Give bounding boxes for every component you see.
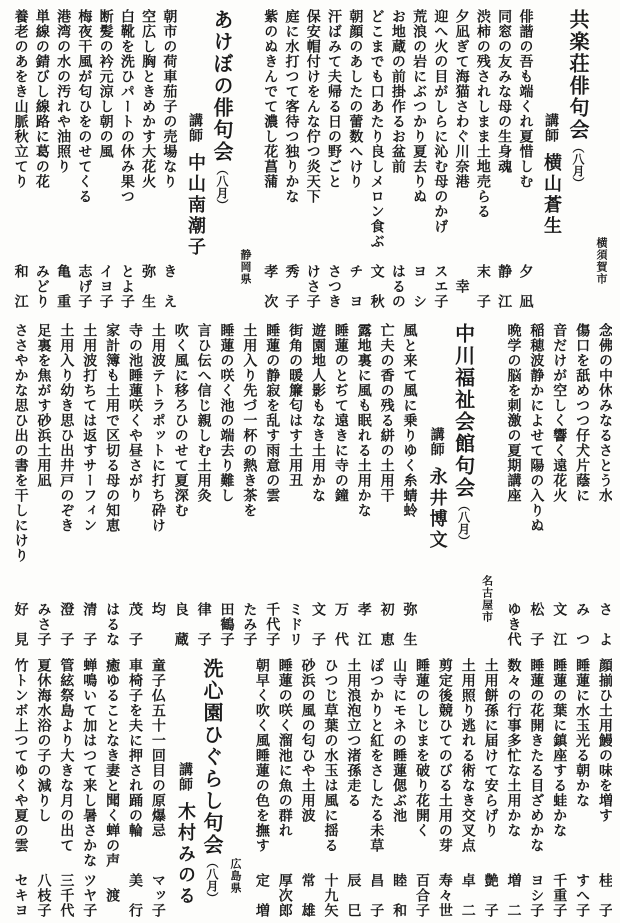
haiku-text: 朝早く吹く風睡蓮の色を撫す (253, 658, 268, 853)
haiku-author: 寿々世 (436, 873, 451, 918)
section-city: 横須賀市 (593, 9, 609, 309)
haiku-column: 吹く風に移ろひのせて夏深む良 蔵 (172, 323, 187, 647)
teacher-name: 横山蒼生 (541, 153, 562, 237)
haiku-column: 迎へ火の目がしらに沁む母のかげスエ子 (432, 9, 447, 309)
teacher-name: 中山南潮子 (185, 153, 206, 258)
haiku-author: き え (161, 264, 176, 309)
haiku-text: 癒ゆることなき妻と聞く蝉の声 (104, 658, 119, 868)
haiku-column: 保安帽付けをんな佇つ炎天下けさ子 (304, 9, 319, 309)
teacher-label: 講師 (543, 113, 559, 143)
city-label: 横須賀市 (593, 237, 609, 285)
section-header: 名古屋市中川福祉会館句会（八月）講師永井博文 (423, 323, 495, 647)
haiku-text: 夏休海水浴の子の減りし (35, 658, 50, 823)
haiku-column: 朝早く吹く風睡蓮の色を撫す定 増 (253, 658, 268, 918)
haiku-author: 睦 和 (391, 873, 406, 918)
haiku-author: 孝 次 (262, 264, 277, 309)
haiku-author: ツヤ子 (81, 873, 96, 918)
haiku-column: ささやかな思ひ出の書を干しにけり好 見 (12, 323, 27, 647)
haiku-column: 養老のあをき山脈秋立てり和 江 (12, 9, 27, 309)
haiku-column: お地蔵の前掛作るお盆前はるの (389, 9, 404, 309)
haiku-column: 念佛の中休みなるさとう水さ よ (597, 323, 612, 647)
haiku-author: 卓 二 (459, 873, 474, 918)
haiku-column: 砂浜の風の匂ひや土用波常 雄 (299, 658, 314, 918)
teacher-label: 講師 (187, 113, 203, 143)
haiku-text: 港湾の水の汚れや油照り (55, 9, 70, 174)
haiku-author: 孝 江 (355, 602, 370, 647)
haiku-text: 音だけが空しく響く遠花火 (551, 323, 566, 503)
haiku-column: 足裏を焦がす砂浜土用凪みさ子 (35, 323, 50, 647)
haiku-text: 睡蓮の咲く溜池に魚の群れ (276, 658, 291, 838)
haiku-author: 初 恵 (378, 602, 393, 647)
haiku-column: 俳諧の吾も端くれ夏惜しむ夕 凪 (517, 9, 532, 309)
haiku-column: 睡蓮の静寂を乱す雨意の雲千代子 (264, 323, 279, 647)
haiku-band-top: 横須賀市共楽荘俳句会（八月）講師横山蒼生俳諧の吾も端くれ夏惜しむ夕 凪同窓の友み… (8, 9, 612, 309)
haiku-column: 剪定後競ひてのびる土用の芽寿々世 (436, 658, 451, 918)
haiku-text: 風と来て風に乗りゆく糸蜻蛉 (401, 323, 416, 518)
haiku-text: どこまでも口あたり良しメロン食ぶ (368, 9, 383, 249)
haiku-column: 稲穂波静かによせて陽の入りぬ松 子 (528, 323, 543, 647)
haiku-author: 田鶴子 (218, 602, 233, 647)
haiku-author: 艶 子 (482, 873, 497, 918)
teacher-label: 講師 (177, 762, 193, 792)
haiku-column: 亡夫の香の残る絣の土用干初 恵 (378, 323, 393, 647)
section-month: （八月） (457, 499, 471, 547)
haiku-author: 文 子 (310, 602, 325, 647)
haiku-column: 街角の暖簾匂はす土用丑ミドリ (287, 323, 302, 647)
haiku-author: 松 子 (528, 602, 543, 647)
haiku-column: 睡蓮の咲く溜池に魚の群れ厚次郎 (276, 658, 291, 918)
haiku-column: 晩学の脳を刺激の夏期講座ゆき代 (505, 323, 520, 647)
haiku-author: すへ子 (574, 873, 589, 918)
haiku-text: 晩学の脳を刺激の夏期講座 (505, 323, 520, 503)
haiku-column: 睡蓮のとぢて遠きに寺の鐘万 代 (332, 323, 347, 647)
haiku-text: 梅夜干風が匂ひをのせてくる (76, 9, 91, 204)
haiku-text: 睡蓮に水玉光る朝かな (574, 658, 589, 808)
haiku-author: 百合子 (414, 873, 429, 918)
haiku-text: 保安帽付けをんな佇つ炎天下 (304, 9, 319, 204)
haiku-text: 足裏を焦がす砂浜土用凪 (35, 323, 50, 488)
haiku-text: 睡蓮の花開きたる目ざめかな (528, 658, 543, 853)
city-label: 名古屋市 (479, 575, 495, 623)
section-header: 静岡県あけぼの俳句会（八月）講師中山南潮子 (181, 9, 253, 309)
haiku-author: みさ子 (35, 602, 50, 647)
section-title: あけぼの俳句会 (210, 9, 234, 163)
haiku-author: 万 代 (332, 602, 347, 647)
haiku-column: 寺の池睡蓮咲くや昼さがり茂 子 (127, 323, 142, 647)
haiku-author: 常 雄 (299, 873, 314, 918)
haiku-text: 剪定後競ひてのびる土用の芽 (436, 658, 451, 853)
haiku-column: 土用入り幼き思ひ出井戸のぞき澄 子 (58, 323, 73, 647)
haiku-column: 車椅子を夫に押され踊の輪美 行 (127, 658, 142, 918)
section-title: 洗心園ひぐらし句会 (200, 658, 224, 856)
haiku-author: 昌 子 (368, 873, 383, 918)
section-title: 共楽荘俳句会 (566, 9, 590, 141)
section-title-column: 中川福祉会館句会（八月） (452, 323, 475, 647)
haiku-column: 蝉鳴いて加はつて来し暑さかなツヤ子 (81, 658, 96, 918)
haiku-column: 睡蓮に水玉光る朝かなすへ子 (574, 658, 589, 918)
haiku-text: 砂浜の風の匂ひや土用波 (299, 658, 314, 823)
haiku-author: 秀 子 (283, 264, 298, 309)
haiku-text: 汗ばみて夫帰る日の野ごと (326, 9, 341, 189)
haiku-author: ミドリ (287, 602, 302, 647)
haiku-author: 好 見 (12, 602, 27, 647)
haiku-author: スエ子 (432, 264, 447, 309)
haiku-column: 空広し胸ときめかす大花火弥 生 (140, 9, 155, 309)
haiku-author: 弥 生 (140, 264, 155, 309)
haiku-column: 汗ばみて夫帰る日の野ごとさつき (326, 9, 341, 309)
haiku-text: 土用波テトラポットに打ち砕け (149, 323, 164, 533)
haiku-text: 蝉鳴いて加はつて来し暑さかな (81, 658, 96, 868)
haiku-text: 管絃祭島より大きな月の出て (58, 658, 73, 853)
haiku-author: 澄 子 (58, 602, 73, 647)
haiku-author: 千代子 (264, 602, 279, 647)
haiku-author: はるの (389, 264, 404, 309)
section-city: 広島県 (227, 658, 243, 918)
haiku-author: 千重子 (551, 873, 566, 918)
haiku-text: 遊園地人影もなき土用かな (310, 323, 325, 503)
section-teacher-column: 講師木村みのる (174, 658, 195, 918)
haiku-author: イヨ子 (97, 264, 112, 309)
haiku-column: 土用照り逃れる術なき交叉点卓 二 (459, 658, 474, 918)
haiku-text: 吹く風に移ろひのせて夏深む (172, 323, 187, 518)
haiku-text: 睡蓮のしじまを破り花開く (414, 658, 429, 838)
haiku-author: 幸 (453, 279, 468, 309)
haiku-author: マッ子 (149, 873, 164, 918)
haiku-author: 厚次郎 (276, 873, 291, 918)
haiku-column: 夕凪ぎて海猫さわぐ川奈港幸 (453, 9, 468, 309)
haiku-author: チ ヨ (347, 264, 362, 309)
haiku-author: 八枝子 (35, 873, 50, 918)
section-month: （八月） (215, 163, 229, 211)
haiku-text: 俳諧の吾も端くれ夏惜しむ (517, 9, 532, 189)
haiku-author: とよ子 (119, 264, 134, 309)
haiku-column: 露地裏に風も眠れる土用かな孝 江 (355, 323, 370, 647)
haiku-text: 朝市の荷車茄子の売場なり (161, 9, 176, 189)
haiku-column: 癒ゆることなき妻と聞く蝉の声渡 (104, 658, 119, 918)
haiku-text: 山寺にモネの睡蓮偲ぶ池 (391, 658, 406, 823)
haiku-column: 渋柿の残されしまま土地売らる末 子 (475, 9, 490, 309)
haiku-column: 荒浪の岩にぶつかり夏去りぬヨ シ (411, 9, 426, 309)
haiku-text: 家計簿も土用で区切る母の知恵 (104, 323, 119, 533)
haiku-column: ひつじ草葉の水玉は風に揺る十九矢 (322, 658, 337, 918)
section-title-column: あけぼの俳句会（八月） (210, 9, 233, 309)
haiku-author: 定 増 (253, 873, 268, 918)
haiku-text: お地蔵の前掛作るお盆前 (389, 9, 404, 174)
haiku-text: 露地裏に風も眠れる土用かな (355, 323, 370, 518)
haiku-author: 清 子 (81, 602, 96, 647)
haiku-text: ぽつかりと紅をさしたる未草 (368, 658, 383, 853)
haiku-author: 茂 子 (127, 602, 142, 647)
haiku-column: 夏休海水浴の子の減りし八枝子 (35, 658, 50, 918)
haiku-column: 管絃祭島より大きな月の出て三千代 (58, 658, 73, 918)
haiku-column: 朝顔のあしたの蕾数へけりチ ヨ (347, 9, 362, 309)
section-header: 横須賀市共楽荘俳句会（八月）講師横山蒼生 (537, 9, 609, 309)
haiku-text: 庭に水打つて客待つ独りかな (283, 9, 298, 204)
haiku-column: 顔揃ひ土用鰻の味を増す桂 子 (597, 658, 612, 918)
haiku-column: 睡蓮の葉に鎮座する蛙かな千重子 (551, 658, 566, 918)
haiku-text: 迎へ火の目がしらに沁む母のかげ (432, 9, 447, 234)
section-header: 広島県洗心園ひぐらし句会（八月）講師木村みのる (171, 658, 243, 918)
haiku-column: 数々の行事多忙な土用かな増 二 (505, 658, 520, 918)
haiku-text: 土用波打ちては返すサーフィン (81, 323, 96, 533)
haiku-author: たみ子 (241, 602, 256, 647)
haiku-band-bottom: 顔揃ひ土用鰻の味を増す桂 子睡蓮に水玉光る朝かなすへ子睡蓮の葉に鎮座する蛙かな千… (8, 658, 612, 918)
haiku-author: 志げ子 (76, 264, 91, 309)
haiku-text: 渋柿の残されしまま土地売らる (475, 9, 490, 219)
haiku-column: 土用餅孫に届けて安らげり艶 子 (482, 658, 497, 918)
haiku-author: はるな (104, 602, 119, 647)
section-month: （八月） (571, 141, 585, 189)
haiku-column: 風と来て風に乗りゆく糸蜻蛉弥 生 (401, 323, 416, 647)
haiku-author: さつき (326, 264, 341, 309)
haiku-column: 紫のぬきんでて濃し花菖蒲孝 次 (262, 9, 277, 309)
haiku-author: 夕 凪 (517, 264, 532, 309)
haiku-author: 文 秋 (368, 264, 383, 309)
haiku-column: 睡蓮の花開きたる目ざめかなヨシ子 (528, 658, 543, 918)
haiku-text: 空広し胸ときめかす大花火 (140, 9, 155, 189)
city-label: 静岡県 (237, 249, 253, 285)
haiku-author: けさ子 (304, 264, 319, 309)
haiku-text: ひつじ草葉の水玉は風に揺る (322, 658, 337, 853)
haiku-text: 稲穂波静かによせて陽の入りぬ (528, 323, 543, 533)
section-title-column: 共楽荘俳句会（八月） (566, 9, 589, 309)
haiku-column: ぽつかりと紅をさしたる未草昌 子 (368, 658, 383, 918)
haiku-author: 弥 生 (401, 602, 416, 647)
haiku-text: 朝顔のあしたの蕾数へけり (347, 9, 362, 189)
haiku-column: 朝市の荷車茄子の売場なりき え (161, 9, 176, 309)
haiku-author: 静 江 (496, 264, 511, 309)
haiku-text: 念佛の中休みなるさとう水 (597, 323, 612, 503)
haiku-author: 亀 重 (55, 264, 70, 309)
haiku-text: 竹トンボ上つてゆくや夏の雲 (12, 658, 27, 853)
haiku-author: み つ (574, 602, 589, 647)
section-month: （八月） (205, 856, 219, 904)
haiku-column: 梅夜干風が匂ひをのせてくる志げ子 (76, 9, 91, 309)
haiku-column: 山寺にモネの睡蓮偲ぶ池睦 和 (391, 658, 406, 918)
haiku-author: さ よ (597, 602, 612, 647)
haiku-column: 言ひ伝へ信じ親しむ土用灸律 子 (195, 323, 210, 647)
haiku-text: 土用餅孫に届けて安らげり (482, 658, 497, 838)
city-label: 広島県 (227, 858, 243, 894)
haiku-text: 紫のぬきんでて濃し花菖蒲 (262, 9, 277, 189)
teacher-label: 講師 (429, 427, 445, 457)
haiku-text: 荒浪の岩にぶつかり夏去りぬ (411, 9, 426, 204)
haiku-text: 同窓の友みな母の生身魂 (496, 9, 511, 174)
haiku-text: ささやかな思ひ出の書を干しにけり (12, 323, 27, 563)
haiku-author: 桂 子 (597, 873, 612, 918)
haiku-author: 辰 巳 (345, 873, 360, 918)
haiku-column: 家計簿も土用で区切る母の知恵はるな (104, 323, 119, 647)
haiku-column: 遊園地人影もなき土用かな文 子 (310, 323, 325, 647)
haiku-column: 単線の錆びし線路に葛の花みどり (33, 9, 48, 309)
haiku-text: 睡蓮の咲く池の端去り難し (218, 323, 233, 503)
haiku-text: 土用照り逃れる術なき交叉点 (459, 658, 474, 853)
haiku-author: 均 (149, 602, 164, 647)
haiku-author: 三千代 (58, 873, 73, 918)
haiku-author: 増 二 (505, 873, 520, 918)
haiku-column: 土用入り先づ一杯の熱き茶をたみ子 (241, 323, 256, 647)
teacher-name: 木村みのる (175, 802, 196, 907)
haiku-text: 数々の行事多忙な土用かな (505, 658, 520, 838)
section-city: 静岡県 (237, 9, 253, 309)
haiku-text: 街角の暖簾匂はす土用丑 (287, 323, 302, 488)
haiku-author: 美 行 (127, 873, 142, 918)
haiku-text: 睡蓮のとぢて遠きに寺の鐘 (332, 323, 347, 503)
haiku-text: 童子仏五十一回目の原爆忌 (149, 658, 164, 838)
haiku-text: 寺の池睡蓮咲くや昼さがり (127, 323, 142, 503)
section-title: 中川福祉会館句会 (452, 323, 476, 499)
haiku-column: 土用波打ちては返すサーフィン清 子 (81, 323, 96, 647)
haiku-author: セキヨ (12, 873, 27, 918)
haiku-column: 睡蓮の咲く池の端去り難し田鶴子 (218, 323, 233, 647)
haiku-column: 白靴を洗ひパートの休み果つとよ子 (119, 9, 134, 309)
haiku-column: 睡蓮のしじまを破り花開く百合子 (414, 658, 429, 918)
haiku-author: 和 江 (12, 264, 27, 309)
haiku-author: 渡 (104, 888, 119, 918)
haiku-author: 良 蔵 (172, 602, 187, 647)
haiku-column: どこまでも口あたり良しメロン食ぶ文 秋 (368, 9, 383, 309)
teacher-name: 永井博文 (427, 467, 448, 551)
haiku-text: 白靴を洗ひパートの休み果つ (119, 9, 134, 204)
haiku-author: みどり (33, 264, 48, 309)
haiku-text: 睡蓮の静寂を乱す雨意の雲 (264, 323, 279, 503)
haiku-column: 土用浪泡立つ渚孫走る辰 巳 (345, 658, 360, 918)
haiku-band-middle: 念佛の中休みなるさとう水さ よ傷口を舐めつつ仔犬片蔭にみ つ音だけが空しく響く遠… (8, 323, 612, 647)
section-teacher-column: 講師中山南潮子 (184, 9, 205, 309)
section-teacher-column: 講師永井博文 (426, 323, 447, 647)
haiku-text: 夕凪ぎて海猫さわぐ川奈港 (453, 9, 468, 189)
haiku-text: 亡夫の香の残る絣の土用干 (378, 323, 393, 503)
haiku-author: 末 子 (475, 264, 490, 309)
haiku-text: 睡蓮の葉に鎮座する蛙かな (551, 658, 566, 838)
haiku-text: 言ひ伝へ信じ親しむ土用灸 (195, 323, 210, 503)
haiku-column: 竹トンボ上つてゆくや夏の雲セキヨ (12, 658, 27, 918)
haiku-author: 律 子 (195, 602, 210, 647)
haiku-text: 断髪の衿元涼し朝の風 (97, 9, 112, 159)
haiku-author: ゆき代 (505, 602, 520, 647)
haiku-author: 十九矢 (322, 873, 337, 918)
haiku-author: ヨシ子 (528, 873, 543, 918)
haiku-text: 車椅子を夫に押され踊の輪 (127, 658, 142, 838)
haiku-column: 庭に水打つて客待つ独りかな秀 子 (283, 9, 298, 309)
haiku-column: 断髪の衿元涼し朝の風イヨ子 (97, 9, 112, 309)
haiku-text: 養老のあをき山脈秋立てり (12, 9, 27, 189)
section-title-column: 洗心園ひぐらし句会（八月） (200, 658, 223, 918)
haiku-text: 傷口を舐めつつ仔犬片蔭に (574, 323, 589, 503)
haiku-text: 顔揃ひ土用鰻の味を増す (597, 658, 612, 823)
haiku-text: 土用入り先づ一杯の熱き茶を (241, 323, 256, 518)
haiku-column: 土用波テトラポットに打ち砕け均 (149, 323, 164, 647)
section-teacher-column: 講師横山蒼生 (540, 9, 561, 309)
haiku-author: 文 江 (551, 602, 566, 647)
haiku-column: 童子仏五十一回目の原爆忌マッ子 (149, 658, 164, 918)
haiku-column: 港湾の水の汚れや油照り亀 重 (55, 9, 70, 309)
haiku-author: ヨ シ (411, 264, 426, 309)
haiku-column: 同窓の友みな母の生身魂静 江 (496, 9, 511, 309)
haiku-text: 土用入り幼き思ひ出井戸のぞき (58, 323, 73, 533)
haiku-text: 単線の錆びし線路に葛の花 (33, 9, 48, 189)
haiku-column: 音だけが空しく響く遠花火文 江 (551, 323, 566, 647)
magazine-page: 横須賀市共楽荘俳句会（八月）講師横山蒼生俳諧の吾も端くれ夏惜しむ夕 凪同窓の友み… (0, 0, 620, 923)
section-city: 名古屋市 (479, 323, 495, 647)
haiku-text: 土用浪泡立つ渚孫走る (345, 658, 360, 808)
haiku-column: 傷口を舐めつつ仔犬片蔭にみ つ (574, 323, 589, 647)
